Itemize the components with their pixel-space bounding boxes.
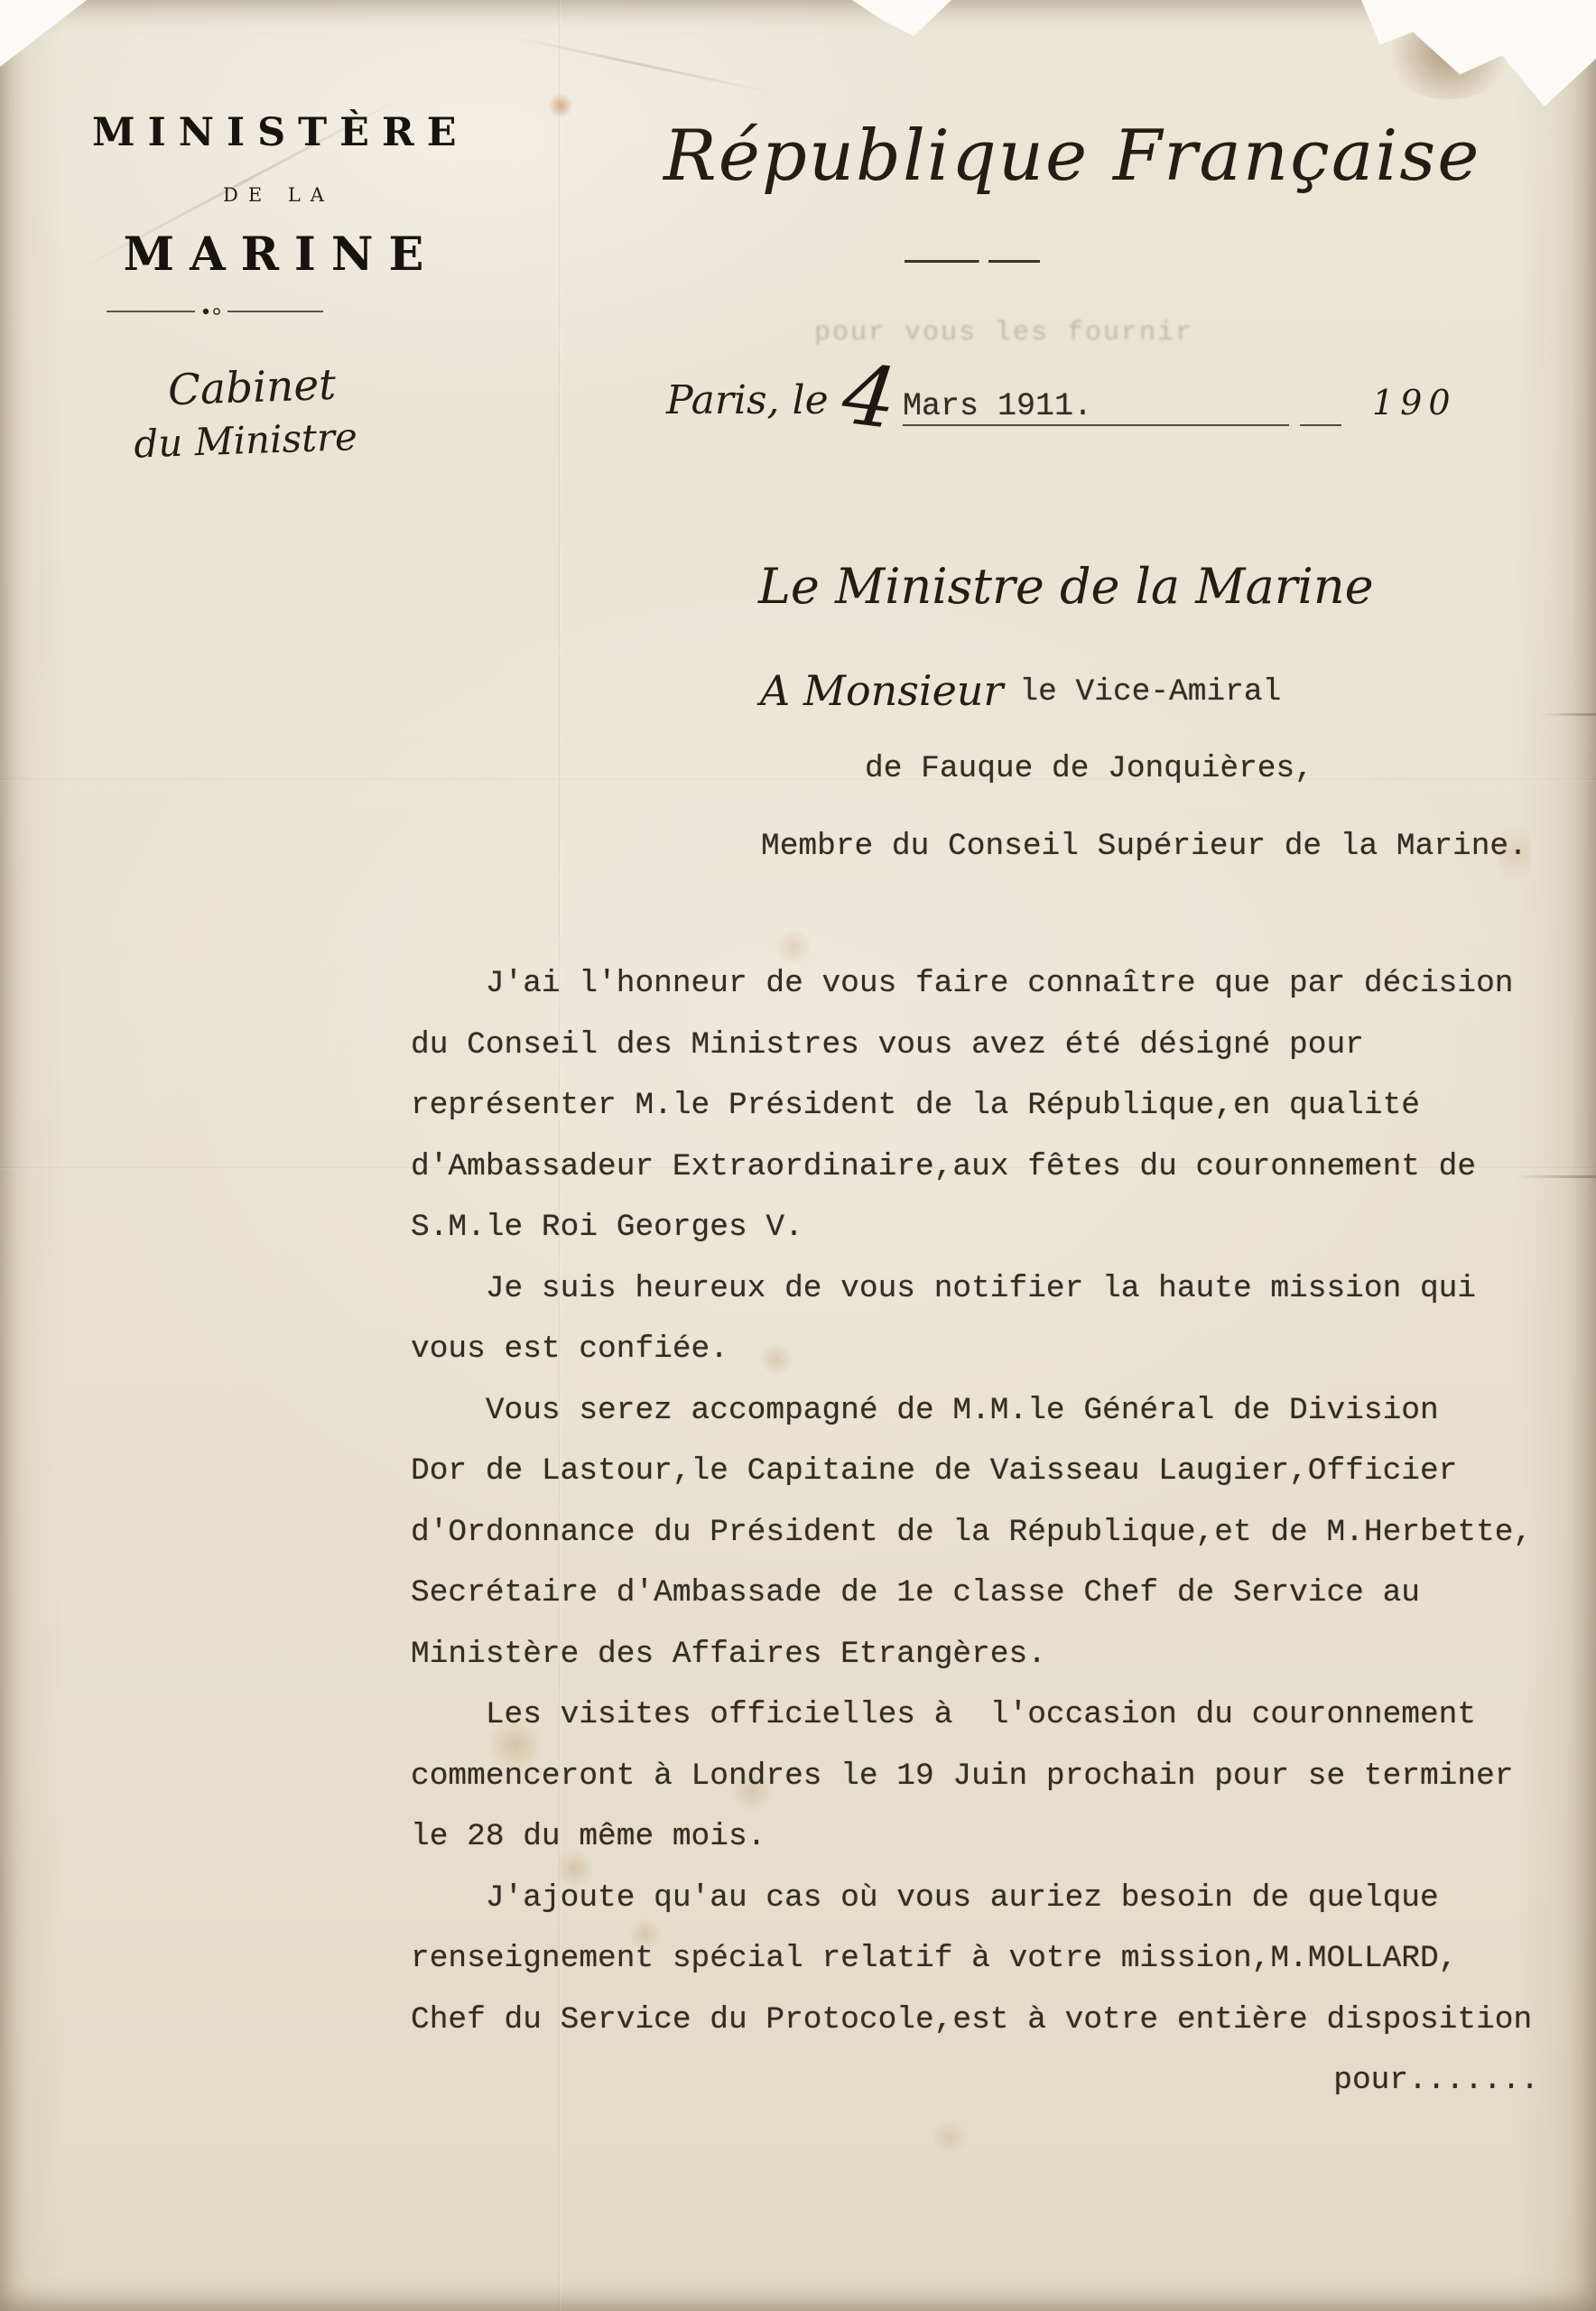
addressee-line-3: Membre du Conseil Supérieur de la Marine… <box>761 829 1527 864</box>
edge-crack <box>1542 713 1596 716</box>
letterhead-marine: MARINE <box>79 227 468 282</box>
body-line: Les visites officielles à l'occasion du … <box>411 1685 1539 1746</box>
letter-paper: MINISTÈRE DE LA MARINE Cabinet du Minist… <box>0 0 1596 2311</box>
handwritten-day: 4 <box>838 346 902 448</box>
body-line: le 28 du même mois. <box>411 1806 1539 1868</box>
body-line: vous est confiée. <box>411 1319 1539 1380</box>
fold-crease-horizontal-upper <box>0 778 1596 782</box>
addressee-line-2: de Fauque de Jonquières, <box>865 751 1313 786</box>
body-line: Ministère des Affaires Etrangères. <box>411 1624 1539 1685</box>
printed-year-prefix: 190 <box>1372 383 1457 422</box>
top-crease <box>508 35 774 94</box>
typed-date: Mars 1911. <box>903 388 1092 424</box>
body-line: Dor de Lastour,le Capitaine de Vaisseau … <box>411 1441 1539 1502</box>
letterhead-ministere: MINISTÈRE <box>79 110 468 155</box>
body-text: J'ai l'honneur de vous faire connaître q… <box>411 953 1539 2111</box>
body-line: Je suis heureux de vous notifier la haut… <box>411 1258 1539 1320</box>
body-line: Secrétaire d'Ambassade de 1e classe Chef… <box>411 1563 1539 1624</box>
dateline-dash <box>1300 424 1341 426</box>
body-line: J'ajoute qu'au cas où vous auriez besoin… <box>411 1868 1539 1929</box>
letterhead-ornament-rule <box>107 305 323 318</box>
body-line: S.M.le Roi Georges V. <box>411 1197 1539 1258</box>
body-line: Vous serez accompagné de M.M.le Général … <box>411 1380 1539 1442</box>
body-line: Chef du Service du Protocole,est à votre… <box>411 1990 1539 2051</box>
paper-edge-tear <box>0 0 87 67</box>
cabinet-line: Cabinet <box>143 359 361 416</box>
du-ministre-line: du Ministre <box>128 414 363 467</box>
dateline-rule <box>903 424 1289 426</box>
stain <box>547 94 574 117</box>
body-line: renseignement spécial relatif à votre mi… <box>411 1928 1539 1990</box>
addressee-typed: le Vice-Amiral <box>1019 674 1281 710</box>
body-line: d'Ambassadeur Extraordinaire,aux fêtes d… <box>411 1137 1539 1198</box>
body-line: commenceront à Londres le 19 Juin procha… <box>411 1746 1539 1807</box>
body-closing-line: pour....... <box>411 2050 1539 2111</box>
heading-rule <box>905 260 1040 263</box>
letterhead: MINISTÈRE DE LA MARINE <box>79 110 468 318</box>
body-line: J'ai l'honneur de vous faire connaître q… <box>411 953 1539 1015</box>
body-line: du Conseil des Ministres vous avez été d… <box>411 1015 1539 1076</box>
body-line: représenter M.le Président de la Républi… <box>411 1075 1539 1137</box>
republique-francaise-heading: République Française <box>663 116 1440 197</box>
dateline-place: Paris, le <box>666 377 829 423</box>
stain <box>930 2121 970 2154</box>
paper-edge-tear <box>852 0 951 36</box>
sender-line: Le Ministre de la Marine <box>758 558 1372 615</box>
body-line: d'Ordonnance du Président de la Républiq… <box>411 1502 1539 1564</box>
bleedthrough-text: pour vous les fournir <box>814 318 1193 348</box>
cabinet-du-ministre: Cabinet du Ministre <box>143 359 363 466</box>
addressee-script: A Monsieur <box>760 666 1003 715</box>
addressee-line-1: A Monsieur le Vice-Amiral <box>760 666 1281 715</box>
letterhead-de-la: DE LA <box>79 184 468 206</box>
paper-edge-tear <box>1361 0 1596 107</box>
edge-crack <box>1515 1175 1596 1178</box>
